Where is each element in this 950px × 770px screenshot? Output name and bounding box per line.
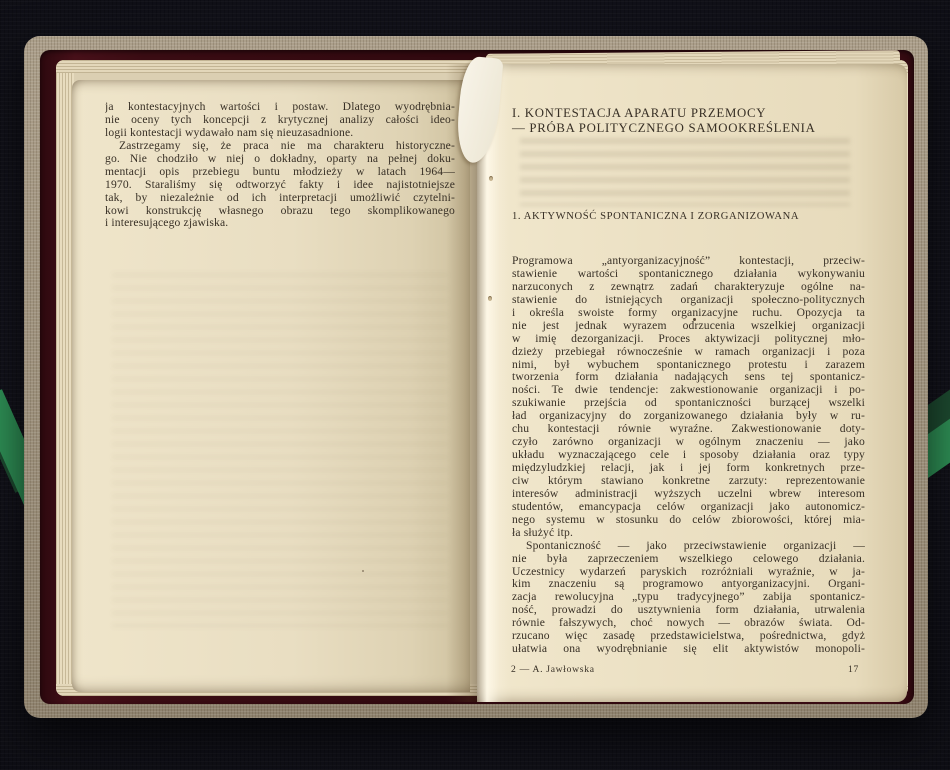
binding-stitch-hole	[489, 176, 493, 181]
open-book-photo: ja kontestacyjnych wartości i postaw. Dl…	[0, 0, 950, 770]
left-page-text: ja kontestacyjnych wartości i postaw. Dl…	[105, 101, 455, 230]
right-page-footer: 2 — A. Jawłowska 17	[511, 664, 859, 675]
binding-stitch-hole	[488, 296, 492, 301]
paper-speck	[362, 570, 364, 572]
chapter-heading: I. KONTESTACJA APARATU PRZEMOCY — PRÓBA …	[512, 106, 882, 135]
page-number: 17	[848, 664, 859, 675]
right-page-text: Programowa „antyorganizacyjność” kontest…	[512, 255, 865, 656]
section-heading: 1. AKTYWNOŚĆ SPONTANICZNA I ZORGANIZOWAN…	[512, 211, 882, 222]
footer-imprint: 2 — A. Jawłowska	[511, 664, 595, 675]
